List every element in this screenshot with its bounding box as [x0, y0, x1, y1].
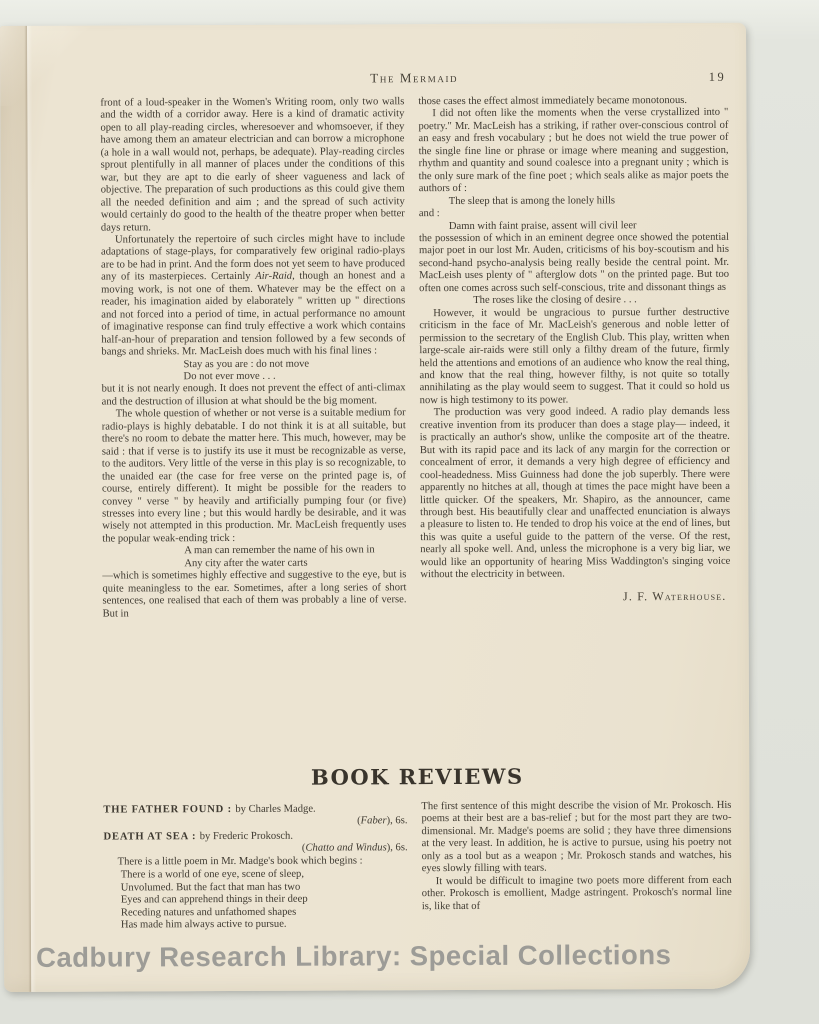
- verse-line: Do not ever move . . .: [184, 370, 406, 383]
- book-reviews-body: THE FATHER FOUND : by Charles Madge.(Fab…: [103, 800, 732, 932]
- page-fold-crease: [0, 26, 31, 992]
- verse-block: There is a world of one eye, scene of sl…: [104, 868, 408, 932]
- reviews-right-column: The first sentence of this might describ…: [421, 800, 732, 931]
- paragraph: The whole question of whether or not ver…: [102, 408, 407, 546]
- article-right-column: those cases the effect almost immediatel…: [418, 95, 730, 619]
- paragraph: However, it would be ungracious to pursu…: [419, 307, 729, 408]
- page-number: 19: [709, 70, 727, 85]
- verse-line: The sleep that is among the lonely hills: [449, 194, 729, 208]
- text-segment: THE FATHER FOUND :: [103, 804, 235, 816]
- paragraph: It would be difficult to imagine two poe…: [422, 875, 732, 914]
- paragraph: but it is not nearly enough. It does not…: [102, 383, 406, 409]
- text-segment: by Frederic Prokosch.: [200, 831, 293, 842]
- text-segment: The whole question of whether or not ver…: [102, 408, 406, 545]
- text-segment: Chatto and Windus: [305, 843, 386, 854]
- book-reviews-heading: BOOK REVIEWS: [103, 763, 731, 791]
- verse-line: Damn with faint praise, assent will civi…: [449, 219, 729, 233]
- magazine-page: The Mermaid 19 front of a loud-speaker i…: [0, 23, 750, 992]
- paragraph: The production was very good indeed. A r…: [420, 406, 731, 582]
- verse-line: A man can remember the name of his own i…: [184, 545, 406, 558]
- article-body: front of a loud-speaker in the Women's W…: [100, 95, 730, 621]
- text-segment: by Charles Madge.: [235, 804, 315, 815]
- page-header: The Mermaid 19: [100, 69, 728, 90]
- text-segment: Air-Raid: [255, 271, 292, 282]
- paragraph: front of a loud-speaker in the Women's W…: [100, 96, 405, 234]
- text-segment: DEATH AT SEA :: [104, 831, 200, 842]
- text-segment: , though an honest and a moving work, is…: [101, 271, 405, 358]
- author-signature: J. F. Waterhouse.: [420, 589, 726, 605]
- paragraph: There is a little poem in Mr. Madge's bo…: [104, 855, 408, 869]
- text-segment: There is a little poem in Mr. Madge's bo…: [118, 855, 363, 867]
- verse-line: Any city after the water carts: [184, 557, 406, 570]
- paragraph: (Faber), 6s.: [103, 816, 407, 830]
- reviews-left-column: THE FATHER FOUND : by Charles Madge.(Fab…: [103, 801, 408, 932]
- text-segment: It would be difficult to imagine two poe…: [422, 875, 732, 912]
- text-segment: front of a loud-speaker in the Women's W…: [100, 96, 405, 233]
- article-left-column: front of a loud-speaker in the Women's W…: [100, 96, 406, 620]
- paragraph: Unfortunately the repertoire of such cir…: [101, 233, 406, 359]
- text-segment: I did not often like the moments when th…: [418, 107, 728, 194]
- page-content: The Mermaid 19 front of a loud-speaker i…: [100, 23, 732, 992]
- verse-block: A man can remember the name of his own i…: [102, 545, 406, 571]
- text-segment: but it is not nearly enough. It does not…: [102, 383, 406, 408]
- verse-line: The roses like the closing of desire . .…: [473, 294, 729, 308]
- text-segment: and :: [419, 208, 440, 219]
- text-segment: those cases the effect almost immediatel…: [418, 95, 687, 107]
- text-segment: the possession of which in an eminent de…: [419, 232, 729, 294]
- verse-line: Stay as you are : do not move: [183, 358, 405, 371]
- text-segment: The first sentence of this might describ…: [421, 800, 731, 875]
- paragraph: the possession of which in an eminent de…: [419, 232, 729, 296]
- text-segment: Faber: [361, 816, 387, 827]
- text-segment: ), 6s.: [387, 843, 408, 854]
- text-segment: The production was very good indeed. A r…: [420, 406, 731, 580]
- library-watermark: Cadbury Research Library: Special Collec…: [36, 939, 736, 974]
- text-segment: —which is sometimes highly effective and…: [102, 569, 406, 619]
- journal-title: The Mermaid: [100, 69, 728, 88]
- paragraph: The first sentence of this might describ…: [421, 800, 731, 876]
- verse-block: Stay as you are : do not moveDo not ever…: [101, 358, 405, 384]
- paragraph: —which is sometimes highly effective and…: [102, 569, 406, 620]
- verse-line: Has made him always active to pursue.: [121, 918, 408, 932]
- article-right-text: those cases the effect almost immediatel…: [418, 95, 730, 582]
- paragraph: I did not often like the moments when th…: [418, 107, 728, 196]
- text-segment: ), 6s.: [387, 816, 408, 827]
- text-segment: However, it would be ungracious to pursu…: [419, 307, 729, 407]
